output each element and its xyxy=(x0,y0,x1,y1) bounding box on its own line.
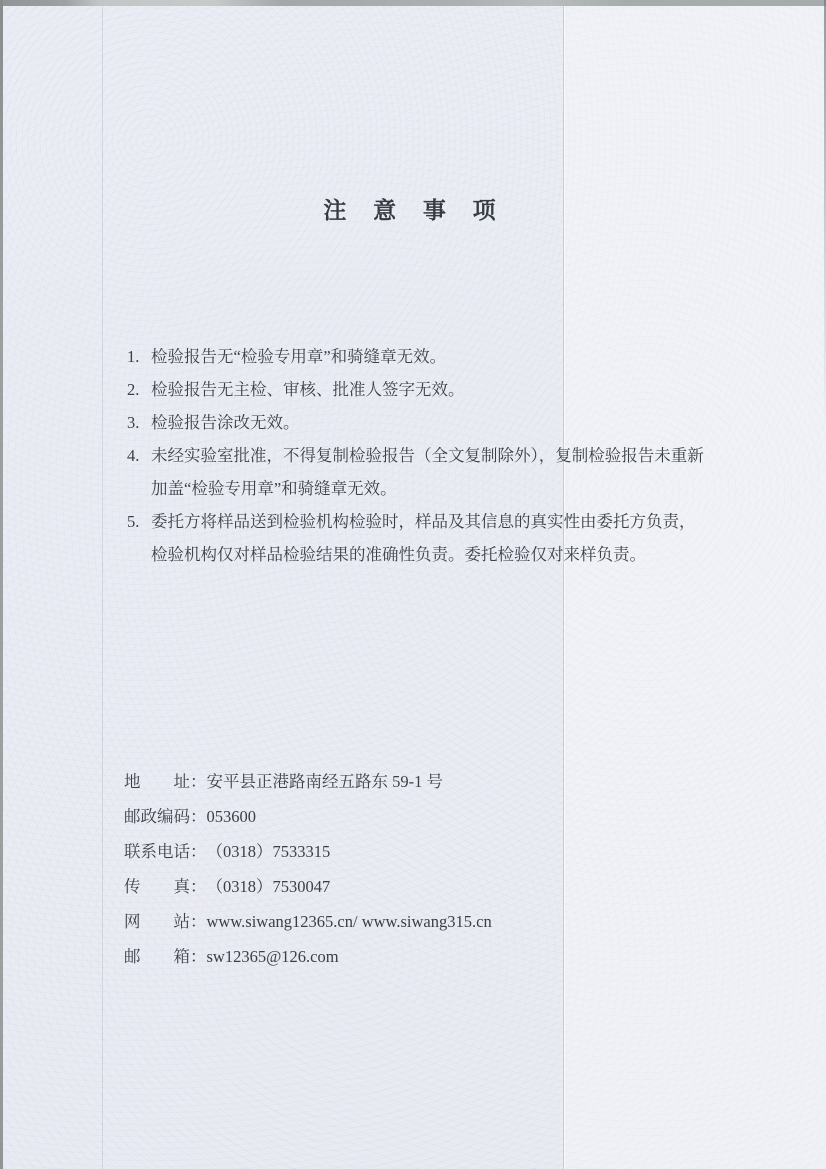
contact-value: 安平县正港路南经五路东 59-1 号 xyxy=(207,764,444,799)
note-item: 1. 检验报告无“检验专用章”和骑缝章无效。 xyxy=(127,340,737,373)
contact-row-email: 邮 箱： sw12365@126.com xyxy=(124,939,684,974)
contact-block: 地 址： 安平县正港路南经五路东 59-1 号 邮政编码： 053600 联系电… xyxy=(124,764,684,974)
contact-row-postcode: 邮政编码： 053600 xyxy=(124,799,684,834)
contact-value: （0318）7533315 xyxy=(207,834,331,869)
contact-label: 传 真： xyxy=(124,869,207,904)
contact-label: 联系电话： xyxy=(124,834,207,869)
note-text: 委托方将样品送到检验机构检验时，样品及其信息的真实性由委托方负责，检验机构仅对样… xyxy=(151,505,703,571)
contact-label: 邮 箱： xyxy=(124,939,207,974)
paper-fold-section xyxy=(564,0,826,1169)
contact-row-fax: 传 真： （0318）7530047 xyxy=(124,869,684,904)
fold-line-left xyxy=(102,0,103,1169)
note-number: 1. xyxy=(127,340,151,373)
note-number: 3. xyxy=(127,406,151,439)
contact-row-address: 地 址： 安平县正港路南经五路东 59-1 号 xyxy=(124,764,684,799)
contact-value: 053600 xyxy=(207,799,257,834)
contact-value: www.siwang12365.cn/ www.siwang315.cn xyxy=(207,904,492,939)
note-item: 5. 委托方将样品送到检验机构检验时，样品及其信息的真实性由委托方负责，检验机构… xyxy=(127,505,737,571)
scan-edge-left xyxy=(0,0,3,1169)
scan-edge-top xyxy=(0,0,826,6)
note-item: 4. 未经实验室批准，不得复制检验报告（全文复制除外），复制检验报告未重新加盖“… xyxy=(127,439,737,505)
note-number: 5. xyxy=(127,505,151,538)
note-number: 2. xyxy=(127,373,151,406)
scanned-document-page: 注 意 事 项 1. 检验报告无“检验专用章”和骑缝章无效。 2. 检验报告无主… xyxy=(0,0,826,1169)
note-text: 检验报告无“检验专用章”和骑缝章无效。 xyxy=(151,340,715,373)
contact-row-phone: 联系电话： （0318）7533315 xyxy=(124,834,684,869)
contact-row-website: 网 站： www.siwang12365.cn/ www.siwang315.c… xyxy=(124,904,684,939)
note-item: 3. 检验报告涂改无效。 xyxy=(127,406,737,439)
fold-line-right xyxy=(563,0,564,1169)
page-title: 注 意 事 项 xyxy=(0,192,826,225)
contact-label: 地 址： xyxy=(124,764,207,799)
note-text: 未经实验室批准，不得复制检验报告（全文复制除外），复制检验报告未重新加盖“检验专… xyxy=(151,439,714,505)
contact-label: 邮政编码： xyxy=(124,799,207,834)
note-number: 4. xyxy=(127,439,151,472)
contact-value: （0318）7530047 xyxy=(207,869,331,904)
note-text: 检验报告无主检、审核、批准人签字无效。 xyxy=(151,373,715,406)
contact-label: 网 站： xyxy=(124,904,207,939)
note-text: 检验报告涂改无效。 xyxy=(151,406,715,439)
notes-list: 1. 检验报告无“检验专用章”和骑缝章无效。 2. 检验报告无主检、审核、批准人… xyxy=(127,340,737,571)
note-item: 2. 检验报告无主检、审核、批准人签字无效。 xyxy=(127,373,737,406)
contact-value: sw12365@126.com xyxy=(207,939,339,974)
